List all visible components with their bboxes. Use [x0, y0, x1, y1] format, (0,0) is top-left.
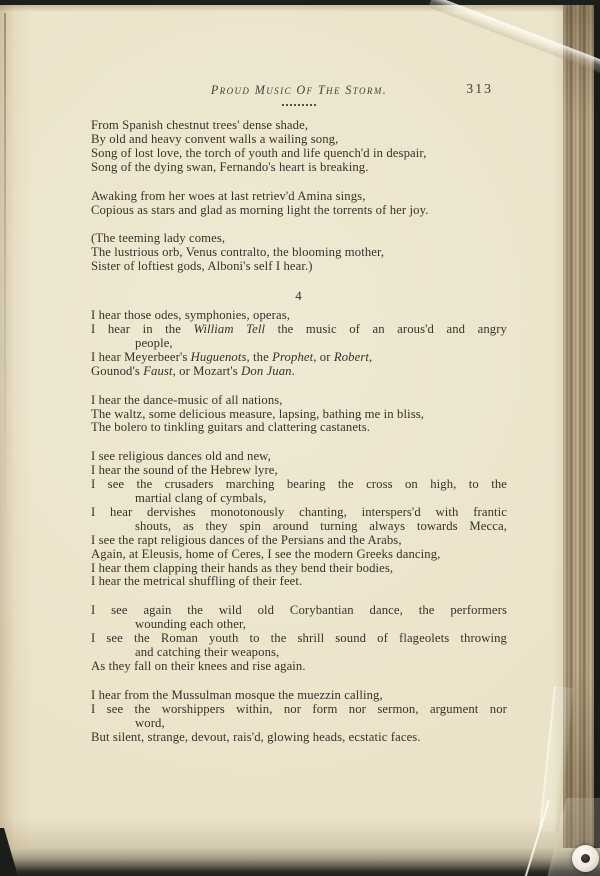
section-number: 4 [91, 289, 507, 303]
poem-line: Song of lost love, the torch of youth an… [91, 147, 507, 161]
poem-text: people, [135, 336, 173, 350]
poem-line: Song of the dying swan, Fernando's heart… [91, 161, 507, 175]
poem-text: From Spanish chestnut trees' dense shade… [91, 118, 308, 132]
poem-line: The bolero to tinkling guitars and clatt… [91, 421, 507, 435]
poem-italic-text: Prophet [272, 350, 313, 364]
poem-text: shouts, as they spin around turning alwa… [135, 519, 507, 533]
poem-line: I hear dervishes monotonously chanting, … [91, 506, 507, 520]
poem-italic-text: Faust [143, 364, 172, 378]
gutter-crease [4, 13, 6, 533]
poem-text: Song of lost love, the torch of youth an… [91, 146, 426, 160]
poem-text: the music of an arous'd and angry [265, 322, 507, 336]
poem-text: Copious as stars and glad as morning lig… [91, 203, 428, 217]
poem-text: The lustrious orb, Venus contralto, the … [91, 245, 384, 259]
poem-line: I hear from the Mussulman mosque the mue… [91, 689, 507, 703]
poem-text: , the [247, 350, 273, 364]
poem-text: I see the Roman youth to the shrill soun… [91, 631, 507, 645]
book-page: Proud Music of the Storm. 313 From Spani… [0, 5, 566, 848]
poem-text: I hear in the [91, 322, 193, 336]
page-title: Proud Music of the Storm. [91, 83, 507, 98]
stanza: I see religious dances old and new,I hea… [91, 450, 507, 589]
poem-line: I hear them clapping their hands as they… [91, 562, 507, 576]
poem-text: I see religious dances old and new, [91, 449, 271, 463]
poem-text: . [292, 364, 295, 378]
stanza: I see again the wild old Corybantian dan… [91, 604, 507, 674]
poem-line: Sister of loftiest gods, Alboni's self I… [91, 260, 507, 274]
poem-italic-text: Robert [334, 350, 369, 364]
background-top [0, 0, 600, 5]
running-head: Proud Music of the Storm. 313 [91, 83, 507, 99]
poem-text: Sister of loftiest gods, Alboni's self I… [91, 259, 313, 273]
poem-text: , [369, 350, 372, 364]
poem-text: By old and heavy convent walls a wailing… [91, 132, 338, 146]
poem-line: (The teeming lady comes, [91, 232, 507, 246]
poem-line: But silent, strange, devout, rais'd, glo… [91, 731, 507, 745]
poem-text: I hear the dance-music of all nations, [91, 393, 283, 407]
poem-text: I hear the metrical shuffling of their f… [91, 574, 302, 588]
poem-text: I hear Meyerbeer's [91, 350, 191, 364]
poem-line: I see the crusaders marching bearing the… [91, 478, 507, 492]
poem-line: I hear those odes, symphonies, operas, [91, 309, 507, 323]
poem-line: I see religious dances old and new, [91, 450, 507, 464]
poem-line: shouts, as they spin around turning alwa… [91, 520, 507, 534]
page-content: Proud Music of the Storm. 313 From Spani… [91, 83, 507, 760]
corner-grommet [572, 845, 599, 872]
poem-line: As they fall on their knees and rise aga… [91, 660, 507, 674]
poem-text: Awaking from her woes at last retriev'd … [91, 189, 365, 203]
poem-italic-text: William Tell [193, 322, 265, 336]
poem-text: The bolero to tinkling guitars and clatt… [91, 420, 370, 434]
poem-line: people, [91, 337, 507, 351]
poem-text: I see the worshippers within, nor form n… [91, 702, 507, 716]
poem-line: Again, at Eleusis, home of Ceres, I see … [91, 548, 507, 562]
poem-line: martial clang of cymbals, [91, 492, 507, 506]
poem-text: , or Mozart's [173, 364, 242, 378]
poem-line: I see the worshippers within, nor form n… [91, 703, 507, 717]
poem-line: and catching their weapons, [91, 646, 507, 660]
poem-text: word, [135, 716, 165, 730]
scanned-book-photo: Proud Music of the Storm. 313 From Spani… [0, 0, 600, 876]
poem-text: I see the crusaders marching bearing the… [91, 477, 507, 491]
poem-text: I hear from the Mussulman mosque the mue… [91, 688, 383, 702]
poem-text: I hear them clapping their hands as they… [91, 561, 393, 575]
stanza: I hear those odes, symphonies, operas,I … [91, 309, 507, 379]
page-number: 313 [466, 81, 493, 97]
poem-line: Gounod's Faust, or Mozart's Don Juan. [91, 365, 507, 379]
poem-text: martial clang of cymbals, [135, 491, 266, 505]
poem-line: I hear the sound of the Hebrew lyre, [91, 464, 507, 478]
poem-line: wounding each other, [91, 618, 507, 632]
poem-text: Again, at Eleusis, home of Ceres, I see … [91, 547, 440, 561]
poem-line: I hear in the William Tell the music of … [91, 323, 507, 337]
poem-text: I hear the sound of the Hebrew lyre, [91, 463, 278, 477]
poem-text: I hear those odes, symphonies, operas, [91, 308, 290, 322]
poem-text: and catching their weapons, [135, 645, 279, 659]
poem-text: Song of the dying swan, Fernando's heart… [91, 160, 369, 174]
poem-text: I see the rapt religious dances of the P… [91, 533, 402, 547]
poem: From Spanish chestnut trees' dense shade… [91, 119, 507, 745]
poem-line: I see the rapt religious dances of the P… [91, 534, 507, 548]
poem-line: The waltz, some delicious measure, lapsi… [91, 408, 507, 422]
poem-text: I hear dervishes monotonously chanting, … [91, 505, 507, 519]
poem-line: I see the Roman youth to the shrill soun… [91, 632, 507, 646]
poem-text: wounding each other, [135, 617, 246, 631]
poem-line: I hear the dance-music of all nations, [91, 394, 507, 408]
poem-italic-text: Huguenots [191, 350, 247, 364]
poem-line: Copious as stars and glad as morning lig… [91, 204, 507, 218]
stanza: I hear the dance-music of all nations,Th… [91, 394, 507, 436]
stanza: Awaking from her woes at last retriev'd … [91, 190, 507, 218]
stanza: From Spanish chestnut trees' dense shade… [91, 119, 507, 175]
poem-line: By old and heavy convent walls a wailing… [91, 133, 507, 147]
divider-rule [282, 104, 316, 106]
poem-text: I see again the wild old Corybantian dan… [91, 603, 507, 617]
poem-line: From Spanish chestnut trees' dense shade… [91, 119, 507, 133]
grommet-hole [581, 854, 590, 863]
poem-text: As they fall on their knees and rise aga… [91, 659, 306, 673]
poem-line: I hear Meyerbeer's Huguenots, the Prophe… [91, 351, 507, 365]
poem-text: Gounod's [91, 364, 143, 378]
poem-text: (The teeming lady comes, [91, 231, 225, 245]
book-bottom-edge [0, 848, 600, 876]
poem-line: I see again the wild old Corybantian dan… [91, 604, 507, 618]
poem-text: But silent, strange, devout, rais'd, glo… [91, 730, 421, 744]
poem-line: I hear the metrical shuffling of their f… [91, 575, 507, 589]
poem-line: word, [91, 717, 507, 731]
poem-text: The waltz, some delicious measure, lapsi… [91, 407, 424, 421]
stanza: I hear from the Mussulman mosque the mue… [91, 689, 507, 745]
poem-text: , or [313, 350, 334, 364]
stanza: (The teeming lady comes,The lustrious or… [91, 232, 507, 274]
poem-line: The lustrious orb, Venus contralto, the … [91, 246, 507, 260]
poem-italic-text: Don Juan [241, 364, 291, 378]
background-right [594, 0, 600, 876]
poem-line: Awaking from her woes at last retriev'd … [91, 190, 507, 204]
